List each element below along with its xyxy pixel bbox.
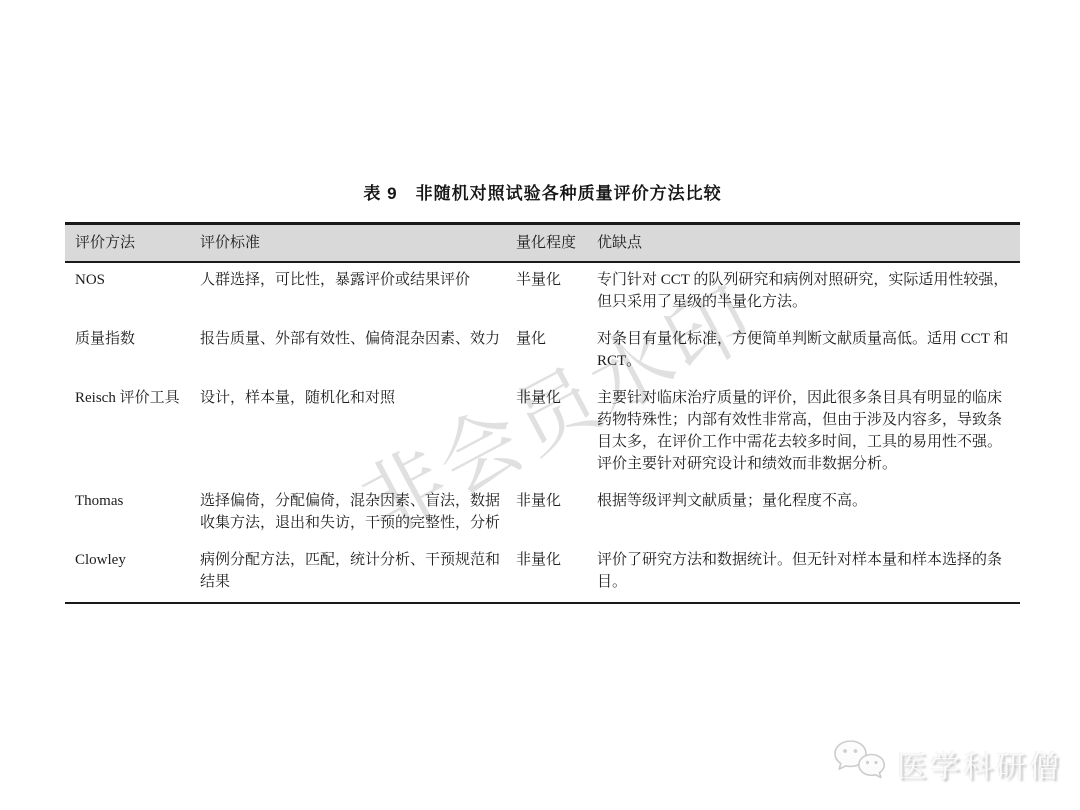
table-row: Thomas 选择偏倚，分配偏倚，混杂因素、盲法，数据收集方法，退出和失访，干预… bbox=[65, 484, 1020, 543]
brand-mark: 医学科研僧 bbox=[833, 738, 1062, 789]
table-row: NOS 人群选择，可比性，暴露评价或结果评价 半量化 专门针对 CCT 的队列研… bbox=[65, 262, 1020, 322]
cell-criteria: 报告质量、外部有效性、偏倚混杂因素、效力 bbox=[200, 322, 516, 381]
header-pros-cons: 优缺点 bbox=[597, 224, 1020, 262]
cell-pros-cons: 专门针对 CCT 的队列研究和病例对照研究，实际适用性较强，但只采用了星级的半量… bbox=[597, 262, 1020, 322]
header-method: 评价方法 bbox=[65, 224, 200, 262]
cell-quantification: 非量化 bbox=[516, 381, 597, 484]
cell-pros-cons: 对条目有量化标准，方便简单判断文献质量高低。适用 CCT 和 RCT。 bbox=[597, 322, 1020, 381]
cell-quantification: 量化 bbox=[516, 322, 597, 381]
brand-name: 医学科研僧 bbox=[897, 742, 1062, 786]
table-header-row: 评价方法 评价标准 量化程度 优缺点 bbox=[65, 224, 1020, 262]
table-row: 质量指数 报告质量、外部有效性、偏倚混杂因素、效力 量化 对条目有量化标准，方便… bbox=[65, 322, 1020, 381]
cell-quantification: 非量化 bbox=[516, 543, 597, 603]
cell-quantification: 非量化 bbox=[516, 484, 597, 543]
table-row: Reisch 评价工具 设计，样本量，随机化和对照 非量化 主要针对临床治疗质量… bbox=[65, 381, 1020, 484]
header-criteria: 评价标准 bbox=[200, 224, 516, 262]
header-quantification: 量化程度 bbox=[516, 224, 597, 262]
cell-method: Thomas bbox=[65, 484, 200, 543]
cell-method: 质量指数 bbox=[65, 322, 200, 381]
cell-method: NOS bbox=[65, 262, 200, 322]
cell-pros-cons: 评价了研究方法和数据统计。但无针对样本量和样本选择的条目。 bbox=[597, 543, 1020, 603]
cell-criteria: 选择偏倚，分配偏倚，混杂因素、盲法，数据收集方法，退出和失访，干预的完整性，分析 bbox=[200, 484, 516, 543]
cell-pros-cons: 主要针对临床治疗质量的评价，因此很多条目具有明显的临床药物特殊性；内部有效性非常… bbox=[597, 381, 1020, 484]
cell-criteria: 设计，样本量，随机化和对照 bbox=[200, 381, 516, 484]
cell-pros-cons: 根据等级评判文献质量；量化程度不高。 bbox=[597, 484, 1020, 543]
cell-quantification: 半量化 bbox=[516, 262, 597, 322]
cell-method: Clowley bbox=[65, 543, 200, 603]
table-title: 表 9 非随机对照试验各种质量评价方法比较 bbox=[65, 179, 1020, 204]
quality-methods-table: 评价方法 评价标准 量化程度 优缺点 NOS 人群选择，可比性，暴露评价或结果评… bbox=[65, 222, 1020, 604]
wechat-chat-bubbles-icon bbox=[833, 738, 887, 789]
table-row: Clowley 病例分配方法，匹配，统计分析、干预规范和结果 非量化 评价了研究… bbox=[65, 543, 1020, 603]
cell-method: Reisch 评价工具 bbox=[65, 381, 200, 484]
cell-criteria: 人群选择，可比性，暴露评价或结果评价 bbox=[200, 262, 516, 322]
cell-criteria: 病例分配方法，匹配，统计分析、干预规范和结果 bbox=[200, 543, 516, 603]
